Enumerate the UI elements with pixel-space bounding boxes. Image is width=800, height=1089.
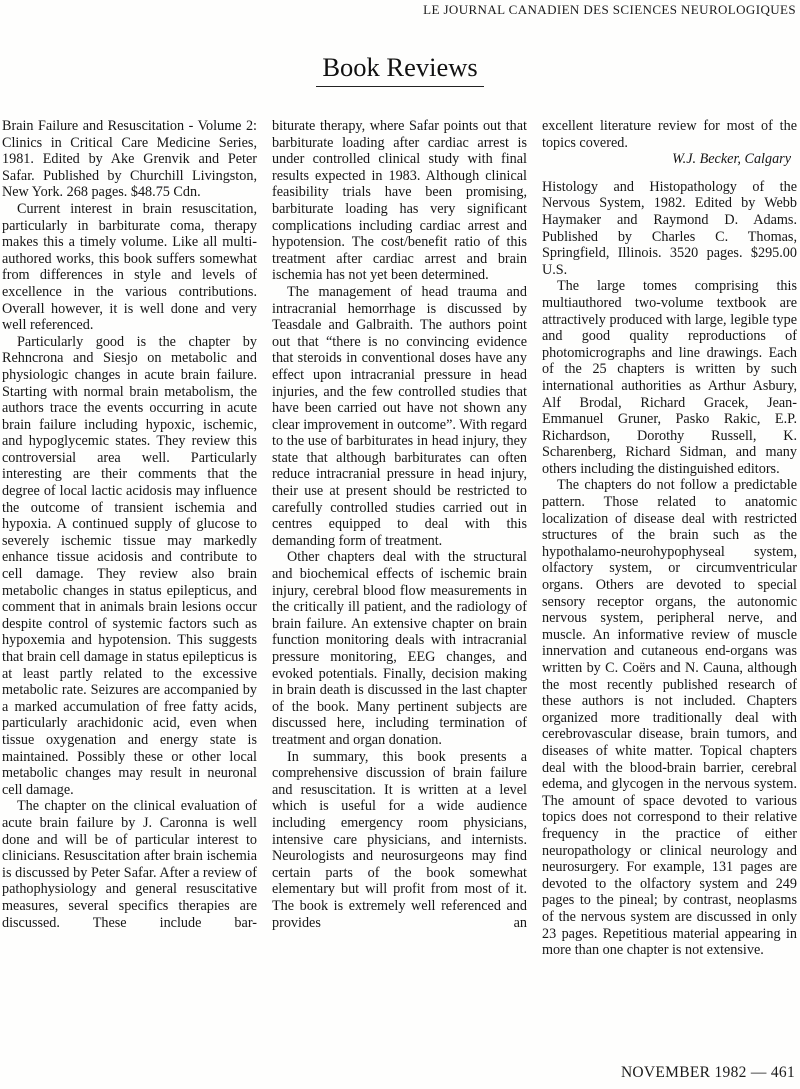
review1-paragraph: Particularly good is the chapter by Rehn…: [2, 334, 257, 799]
text-columns: Brain Failure and Resuscitation - Volume…: [2, 118, 798, 959]
column-3: excellent literature review for most of …: [542, 118, 797, 959]
review2-paragraph: The large tomes comprising this multiaut…: [542, 278, 797, 477]
book1-citation: Brain Failure and Resuscitation - Volume…: [2, 118, 257, 201]
page-footer: NOVEMBER 1982 — 461: [621, 1064, 795, 1082]
reviewer-signature: W.J. Becker, Calgary: [542, 151, 797, 168]
book2-citation: Histology and Histopathology of the Nerv…: [542, 179, 797, 279]
review1-paragraph-continuation: excellent literature review for most of …: [542, 118, 797, 151]
journal-page: LE JOURNAL CANADIEN DES SCIENCES NEUROLO…: [0, 0, 800, 1089]
column-1: Brain Failure and Resuscitation - Volume…: [2, 118, 257, 959]
column-2: biturate therapy, where Safar points out…: [272, 118, 527, 959]
journal-running-head: LE JOURNAL CANADIEN DES SCIENCES NEUROLO…: [423, 2, 796, 18]
review1-paragraph: The chapter on the clinical evaluation o…: [2, 798, 257, 931]
review2-paragraph: The chapters do not follow a predictable…: [542, 477, 797, 958]
review1-paragraph-continuation: biturate therapy, where Safar points out…: [272, 118, 527, 284]
review1-paragraph: The management of head trauma and intrac…: [272, 284, 527, 550]
review1-paragraph: Other chapters deal with the structural …: [272, 549, 527, 748]
review1-paragraph: In summary, this book presents a compreh…: [272, 749, 527, 932]
page-title-text: Book Reviews: [316, 52, 483, 87]
page-title: Book Reviews: [0, 52, 800, 87]
review1-paragraph: Current interest in brain resuscitation,…: [2, 201, 257, 334]
